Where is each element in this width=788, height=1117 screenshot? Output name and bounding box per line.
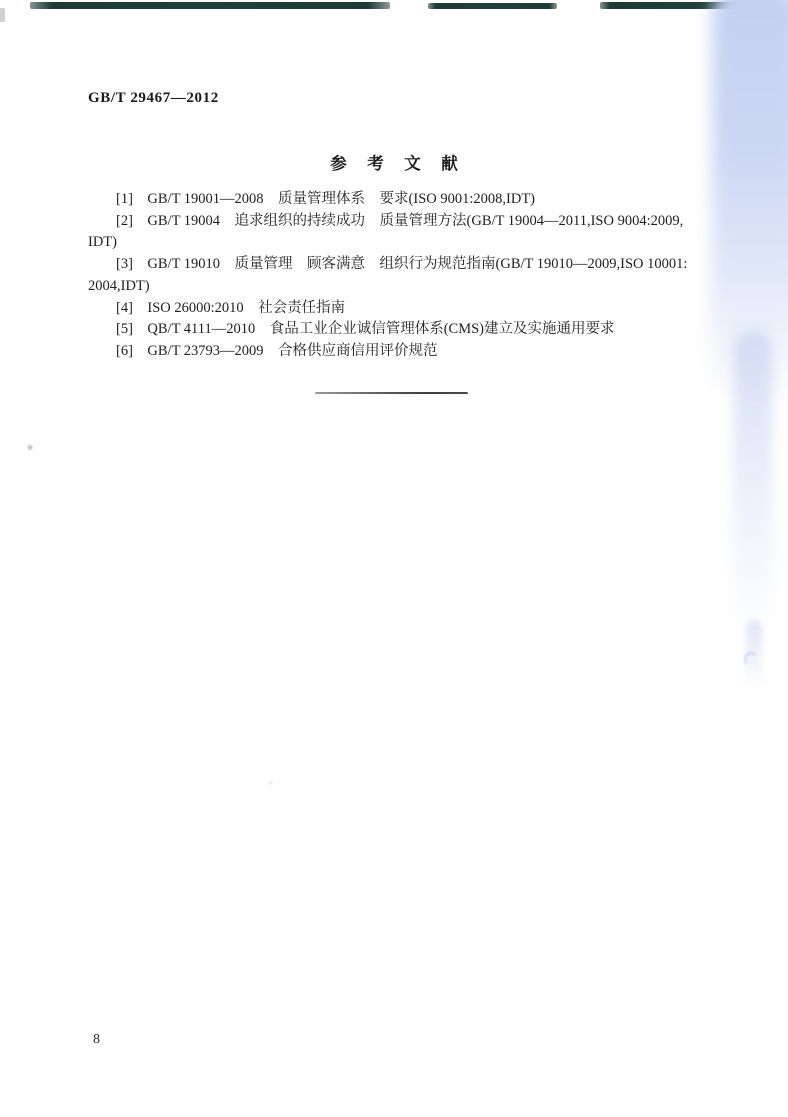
- standard-code: GB/T 29467—2012: [88, 90, 219, 107]
- scan-speck: [27, 444, 33, 451]
- scan-streak-artifact: [744, 652, 758, 666]
- scan-artifact-bar: [30, 2, 390, 9]
- reference-item-2-continuation: IDT): [88, 232, 708, 254]
- reference-item-3-continuation: 2004,IDT): [88, 276, 708, 298]
- reference-item-2: [2] GB/T 19004 追求组织的持续成功 质量管理方法(GB/T 190…: [88, 211, 708, 233]
- scan-edge-mark: [0, 8, 5, 22]
- page-title: 参 考 文 献: [88, 150, 702, 174]
- reference-item-3: [3] GB/T 19010 质量管理 顾客满意 组织行为规范指南(GB/T 1…: [88, 254, 708, 276]
- reference-item-1: [1] GB/T 19001—2008 质量管理体系 要求(ISO 9001:2…: [88, 189, 708, 211]
- scan-streak-artifact: [734, 330, 772, 630]
- scan-artifact-bar: [428, 3, 557, 9]
- scan-speck: [268, 780, 273, 785]
- end-of-document-rule: [315, 392, 468, 394]
- reference-item-4: [4] ISO 26000:2010 社会责任指南: [88, 298, 708, 320]
- reference-item-6: [6] GB/T 23793—2009 合格供应商信用评价规范: [88, 341, 708, 363]
- document-page: GB/T 29467—2012 参 考 文 献 [1] GB/T 19001—2…: [0, 0, 788, 1117]
- reference-item-5: [5] QB/T 4111—2010 食品工业企业诚信管理体系(CMS)建立及实…: [88, 319, 708, 341]
- references-list: [1] GB/T 19001—2008 质量管理体系 要求(ISO 9001:2…: [88, 189, 708, 363]
- page-number: 8: [93, 1032, 100, 1048]
